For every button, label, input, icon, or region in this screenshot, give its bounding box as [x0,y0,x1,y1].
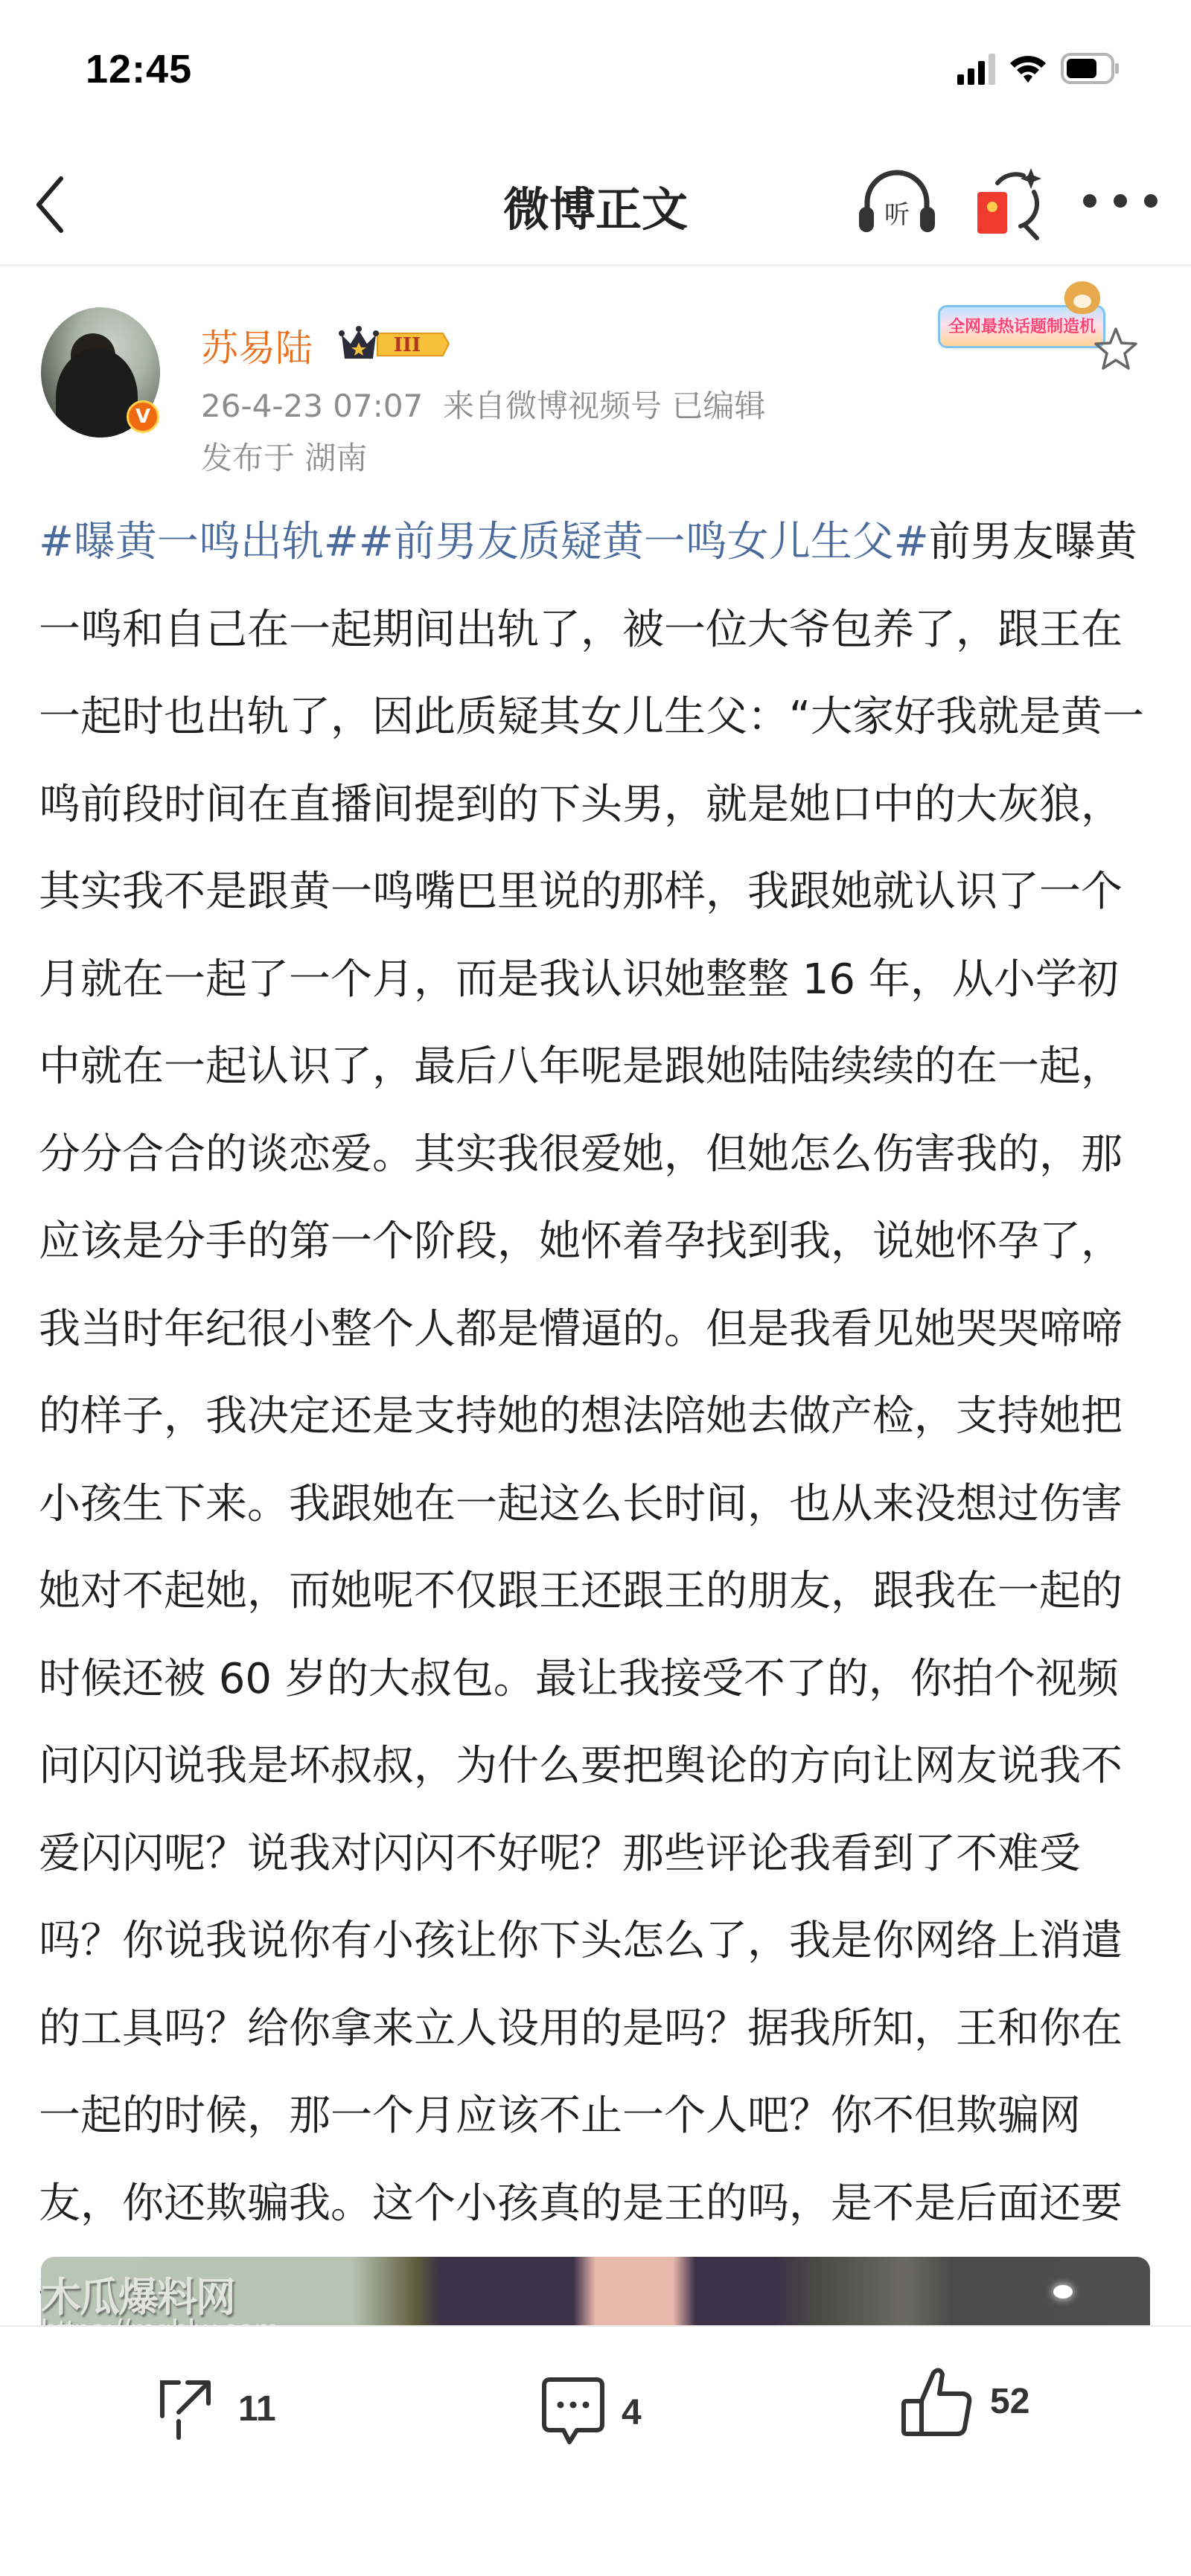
author-name[interactable]: 苏易陆 [201,318,313,372]
like-count: 52 [990,2381,1029,2422]
repost-button[interactable]: 11 [156,2375,276,2442]
verified-badge: V [127,400,159,433]
post-meta: 26-4-23 07:07 来自微博视频号 已编辑 [201,382,765,426]
action-bar: 11 4 52 [0,2325,1191,2576]
location-label: 发布于 [201,440,295,476]
more-button[interactable] [1083,186,1158,216]
topic-link[interactable]: #前男友质疑黄一鸣女儿生父# [359,518,929,566]
star-icon[interactable] [1093,326,1139,372]
avatar-figure [56,348,138,438]
location-value: 湖南 [304,440,367,476]
thumbs-up-icon [901,2364,975,2438]
status-time: 12:45 [86,46,192,92]
listen-button[interactable]: 听 [856,164,938,238]
svg-text:听: 听 [884,200,910,230]
nav-bar: 微博正文 听 [0,141,1191,264]
promo-badge[interactable]: 全网最热话题制造机 [930,281,1113,352]
promo-badge-text: 全网最热话题制造机 [941,314,1103,337]
crown-rank-badge-icon: III [339,324,450,363]
red-packet-search-button[interactable] [971,162,1053,244]
repost-count: 11 [238,2388,276,2429]
comment-count: 4 [622,2392,642,2433]
edited-label[interactable]: 已编辑 [671,388,765,424]
status-icons [957,52,1120,85]
more-dot-icon [1083,194,1096,208]
like-button[interactable]: 52 [901,2364,1029,2438]
svg-text:III: III [394,334,421,356]
comment-icon [540,2375,607,2450]
shiba-dog-icon [1064,281,1100,314]
post-timestamp: 26-4-23 07:07 [201,388,423,424]
topic-link[interactable]: #曝黄一鸣出轨# [39,518,359,566]
headphones-icon: 听 [856,164,938,238]
post-body: #曝黄一鸣出轨##前男友质疑黄一鸣女儿生父#前男友曝黄一鸣和自己在一起期间出轨了… [39,499,1159,2510]
signal-icon [957,52,995,85]
comment-button[interactable]: 4 [540,2375,642,2450]
post-source[interactable]: 来自微博视频号 [443,388,662,424]
wifi-icon [1009,53,1047,84]
red-packet-search-icon [971,162,1053,244]
more-dot-icon [1114,194,1127,208]
author-header: V 苏易陆 III 26-4-23 07:07 来自微博视频号 已编辑 发布于 … [0,266,1191,490]
battery-icon [1061,52,1120,85]
status-bar: 12:45 [0,0,1191,126]
post-location: 发布于 湖南 [201,434,367,478]
repost-icon [156,2375,223,2442]
light-spot [1053,2285,1073,2298]
post-text: 前男友曝黄一鸣和自己在一起期间出轨了，被一位大爷包养了，跟王在一起时也出轨了，因… [39,518,1144,2490]
more-dot-icon [1144,194,1158,208]
